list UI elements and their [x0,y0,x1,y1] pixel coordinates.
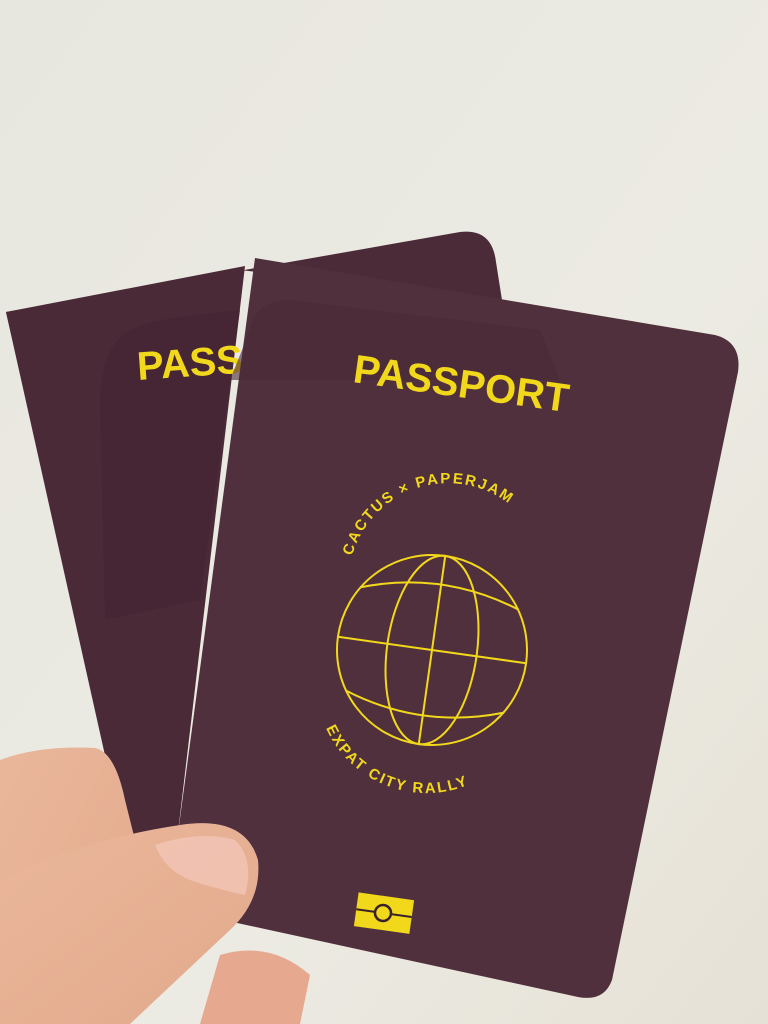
photo-scene: PASS PASSPORT CACTUS × PAPERJAM EXPAT CI… [0,0,768,1024]
back-passport-title: PASS [136,338,245,389]
